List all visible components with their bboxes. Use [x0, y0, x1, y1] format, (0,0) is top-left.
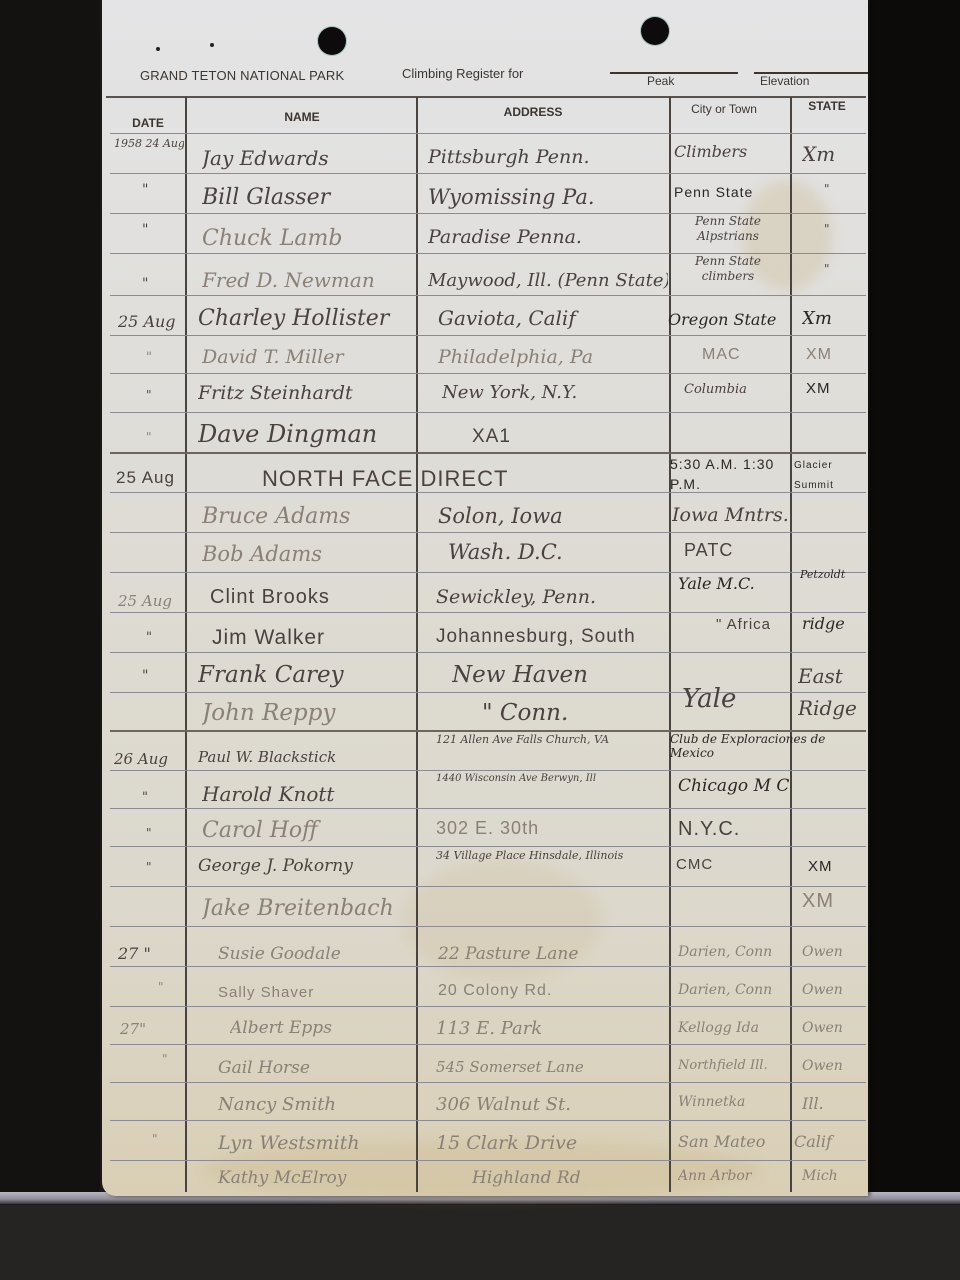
entry-address: Philadelphia, Pa: [438, 346, 664, 368]
entry-name: Frank Carey: [198, 662, 410, 688]
entry-city: Ann Arbor: [678, 1168, 788, 1184]
entry-name: Clint Brooks: [210, 586, 416, 609]
entry-state: Owen: [802, 944, 864, 960]
entry-date: ": [142, 182, 182, 198]
entry-state: Calif: [794, 1132, 864, 1151]
entry-address: 306 Walnut St.: [436, 1094, 662, 1115]
entry-date: 25 Aug: [118, 312, 184, 331]
entry-city: N.Y.C.: [678, 818, 788, 841]
row-line: [110, 173, 866, 174]
row-line: [110, 770, 866, 771]
entry-city: Club de Exploraciones de Mexico: [670, 732, 864, 760]
entry-city: Penn State climbers: [678, 254, 778, 284]
entry-state: ": [824, 262, 864, 276]
entry-state: Xm: [802, 308, 864, 329]
entry-name: Carol Hoff: [202, 818, 412, 843]
entry-city: Yale M.C.: [678, 574, 788, 593]
entry-date: ": [146, 430, 182, 444]
entry-address: 1440 Wisconsin Ave Berwyn, Ill: [436, 772, 662, 786]
entry-state: ": [824, 222, 864, 236]
background-bottom: [0, 1205, 960, 1280]
entry-city: Darien, Conn: [678, 982, 788, 998]
entry-date: ": [162, 1052, 182, 1066]
register-sheet: GRAND TETON NATIONAL PARK Climbing Regis…: [102, 0, 868, 1196]
entry-name: Jay Edwards: [202, 146, 412, 170]
entry-name: Paul W. Blackstick: [198, 748, 414, 766]
entry-state: Mich: [802, 1168, 864, 1184]
entry-date: ": [142, 668, 182, 684]
entry-name: NORTH FACE DIRECT: [262, 466, 662, 492]
header-rule: [106, 96, 866, 98]
entry-address: Wyomissing Pa.: [428, 185, 664, 209]
entry-state: XM: [802, 890, 864, 913]
peak-label: Peak: [647, 74, 674, 88]
entry-date: 27": [120, 1020, 182, 1038]
column-divider: [790, 97, 792, 1192]
entry-name: Lyn Westsmith: [218, 1132, 414, 1154]
entry-name: John Reppy: [202, 700, 412, 726]
entry-city: Yale: [682, 684, 762, 714]
row-line: [110, 1044, 866, 1045]
column-divider: [416, 97, 418, 1192]
entry-city: Columbia: [684, 382, 784, 397]
entry-name: Sally Shaver: [218, 984, 414, 1001]
entry-name: George J. Pokorny: [198, 856, 414, 876]
entry-address: XA1: [472, 426, 592, 448]
entry-date: ": [158, 980, 182, 994]
row-line: [110, 926, 866, 927]
entry-date: ": [142, 222, 182, 238]
entry-city: " Africa: [716, 616, 788, 633]
entry-date: ": [146, 860, 182, 874]
entry-city: Chicago M C: [678, 776, 868, 796]
entry-city: Penn State Alpstrians: [678, 214, 778, 244]
entry-state: Ridge: [798, 696, 864, 720]
row-line: [110, 1120, 866, 1121]
entry-state: Owen: [802, 1058, 864, 1074]
entry-state: Owen: [802, 982, 864, 998]
punch-hole: [641, 17, 669, 45]
entry-address: Wash. D.C.: [448, 540, 664, 564]
entry-city: Darien, Conn: [678, 944, 788, 960]
entry-name: Bruce Adams: [202, 504, 412, 529]
entry-state: XM: [806, 346, 864, 364]
entry-name: Albert Epps: [230, 1018, 414, 1038]
entry-address: Johannesburg, South: [436, 626, 686, 648]
row-line: [110, 295, 866, 296]
col-header-state: STATE: [792, 99, 862, 113]
row-line: [110, 373, 866, 374]
entry-date: 26 Aug: [114, 750, 184, 768]
entry-state: XM: [806, 380, 864, 397]
row-line: [110, 808, 866, 809]
entry-name: Bill Glasser: [202, 185, 412, 210]
entry-name: Susie Goodale: [218, 944, 414, 964]
entry-address: 121 Allen Ave Falls Church, VA: [436, 733, 662, 746]
entry-date: 27 ": [118, 944, 184, 963]
elevation-label: Elevation: [760, 74, 809, 88]
entry-state: Petzoldt: [800, 568, 866, 581]
entry-city: San Mateo: [678, 1132, 788, 1151]
entry-state: Ill.: [802, 1094, 864, 1113]
entry-address: New York, N.Y.: [442, 382, 664, 403]
row-line: [110, 1082, 866, 1083]
entry-name: Chuck Lamb: [202, 226, 412, 251]
entry-date: ": [146, 350, 182, 365]
entry-address: Pittsburgh Penn.: [428, 146, 664, 168]
entry-name: Dave Dingman: [198, 420, 414, 448]
entry-address: 15 Clark Drive: [436, 1132, 662, 1154]
entry-name: Charley Hollister: [198, 306, 414, 331]
entry-address: 22 Pasture Lane: [438, 944, 664, 964]
entry-state: XM: [808, 858, 864, 875]
entry-date: ": [146, 388, 182, 402]
entry-address: 113 E. Park: [436, 1018, 662, 1039]
entry-date: ": [142, 276, 182, 292]
row-line: [110, 532, 866, 533]
row-line: [110, 572, 866, 573]
entry-address: 302 E. 30th: [436, 818, 662, 839]
speck: [210, 43, 214, 47]
col-header-date: DATE: [112, 116, 184, 130]
entry-date: 25 Aug: [116, 468, 186, 488]
entry-address: 20 Colony Rd.: [438, 982, 664, 1000]
background-right: [870, 0, 960, 1200]
entry-city: Iowa Mntrs.: [672, 504, 862, 526]
speck: [156, 47, 160, 51]
entry-address: Solon, Iowa: [438, 504, 664, 528]
entry-date: ": [142, 790, 182, 805]
entry-state: Owen: [802, 1020, 864, 1036]
row-line: [110, 846, 866, 847]
entry-name: David T. Miller: [202, 346, 412, 368]
row-line: [110, 966, 866, 967]
entry-address: New Haven: [452, 662, 652, 688]
row-line: [110, 412, 866, 413]
row-line: [110, 1160, 866, 1161]
entry-address: Sewickley, Penn.: [436, 586, 666, 608]
entry-city: CMC: [676, 856, 786, 873]
entry-address: Paradise Penna.: [428, 226, 664, 248]
entry-city: Oregon State: [668, 310, 792, 329]
entry-name: Bob Adams: [202, 542, 412, 566]
row-line: [110, 1006, 866, 1007]
entry-address: 545 Somerset Lane: [436, 1058, 662, 1076]
entry-name: Kathy McElroy: [218, 1168, 414, 1188]
entry-address: Highland Rd: [472, 1168, 662, 1188]
entry-date: ": [146, 630, 182, 645]
entry-city: Winnetka: [678, 1094, 788, 1110]
entry-address: Maywood, Ill. (Penn State): [428, 270, 668, 291]
entry-name: Nancy Smith: [218, 1094, 414, 1115]
col-header-city: City or Town: [660, 102, 788, 116]
entry-name: Jim Walker: [212, 626, 416, 650]
entry-address: Gaviota, Calif: [438, 306, 664, 330]
entry-date: 25 Aug: [118, 592, 184, 610]
entry-name: Jake Breitenbach: [202, 896, 414, 921]
row-line: [110, 133, 866, 134]
entry-state: East: [798, 664, 864, 688]
entry-date: ": [146, 826, 182, 840]
entry-date: 1958 24 Aug: [114, 138, 184, 150]
entry-city: Kellogg Ida: [678, 1020, 788, 1036]
entry-name: Harold Knott: [202, 782, 412, 806]
entry-state: Xm: [802, 142, 864, 166]
entry-address: " Conn.: [482, 700, 662, 726]
entry-address: 34 Village Place Hinsdale, Illinois: [436, 848, 662, 863]
row-line: [110, 652, 866, 653]
entry-city: Climbers: [674, 142, 788, 161]
entry-state: ridge: [802, 614, 864, 633]
entry-name: Gail Horse: [218, 1058, 414, 1078]
col-header-name: NAME: [188, 110, 416, 124]
row-line: [110, 612, 866, 613]
entry-city: Penn State: [674, 184, 788, 200]
background-left: [0, 0, 100, 1200]
entry-name: Fritz Steinhardt: [198, 382, 414, 404]
entry-date: ": [152, 1132, 182, 1146]
entry-city: 5:30 A.M. 1:30 P.M.: [670, 454, 790, 494]
entry-city: Northfield Ill.: [678, 1058, 788, 1073]
entry-name: Fred D. Newman: [202, 268, 412, 292]
form-title: GRAND TETON NATIONAL PARK: [140, 68, 344, 83]
entry-state: Glacier Summit: [794, 456, 864, 496]
punch-hole: [318, 27, 346, 55]
entry-city: MAC: [702, 346, 782, 364]
row-line: [110, 335, 866, 336]
col-header-address: ADDRESS: [420, 105, 646, 119]
entry-state: ": [824, 182, 864, 196]
column-divider: [185, 97, 187, 1192]
form-subtitle: Climbing Register for: [402, 66, 523, 81]
entry-city: PATC: [684, 540, 784, 561]
row-line: [110, 886, 866, 887]
